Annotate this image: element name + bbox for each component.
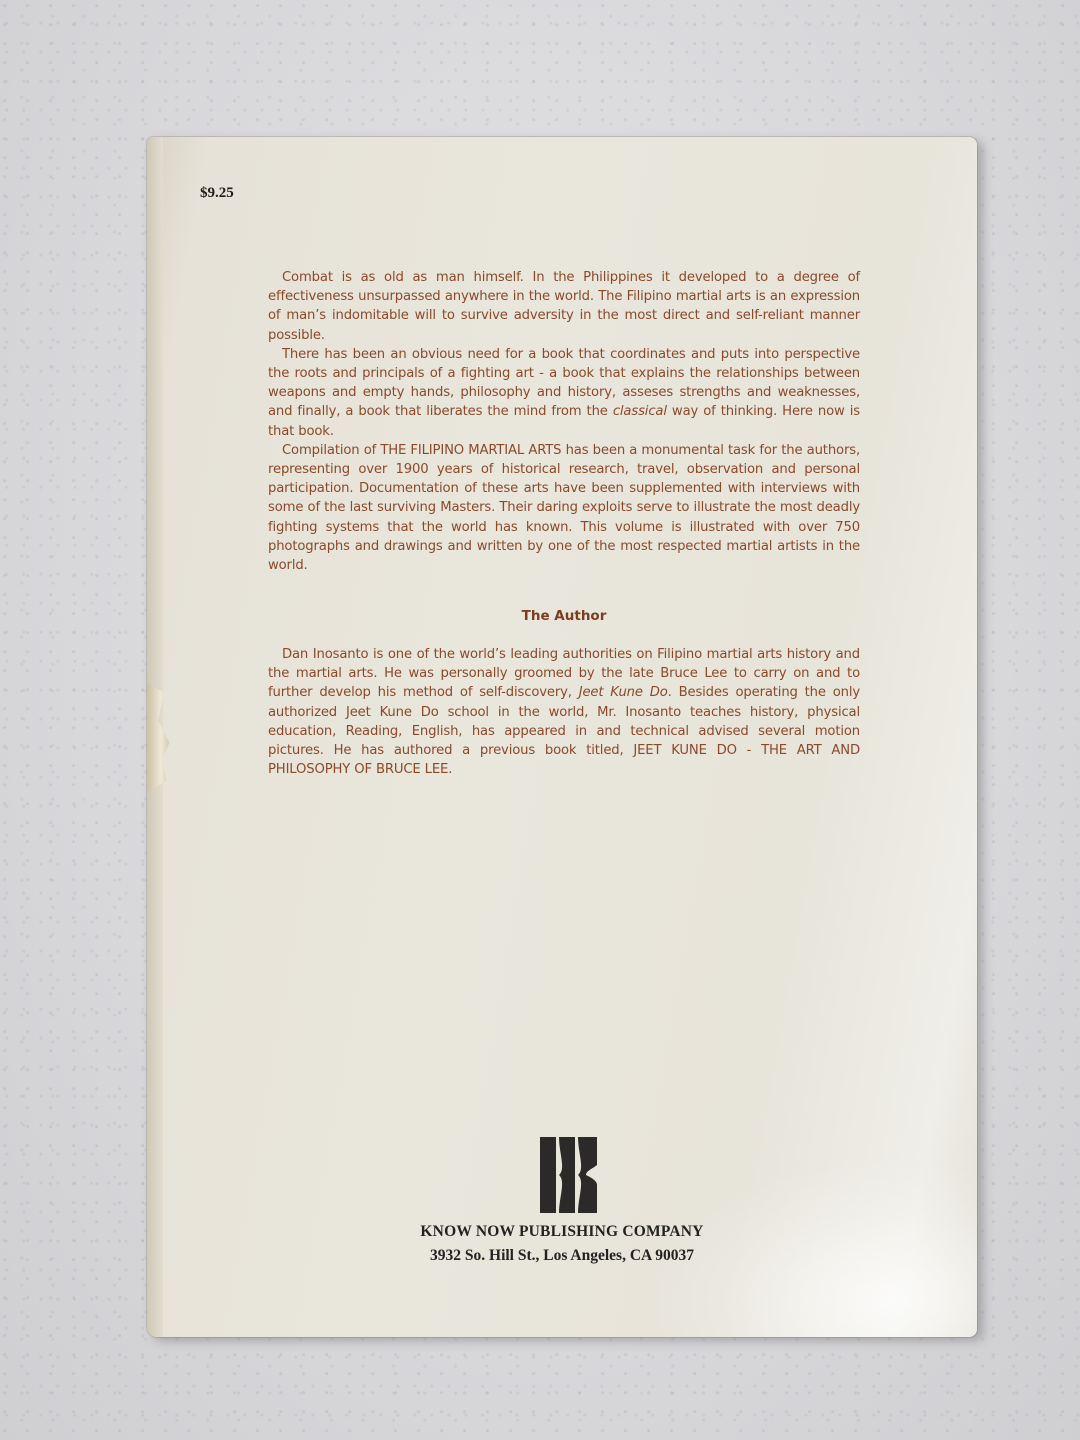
bio-italic-text: Jeet Kune Do — [579, 685, 668, 700]
book-back-cover: $9.25 Combat is as old as man himself. I… — [147, 137, 977, 1337]
blurb-paragraph: Combat is as old as man himself. In the … — [268, 268, 860, 345]
book-blurb: Combat is as old as man himself. In the … — [268, 268, 860, 575]
publisher-address: 3932 So. Hill St., Los Angeles, CA 90037 — [347, 1247, 777, 1265]
blurb-paragraph: Compilation of THE FILIPINO MARTIAL ARTS… — [268, 441, 860, 575]
publisher-logo-icon — [540, 1137, 598, 1213]
author-heading: The Author — [268, 608, 860, 624]
author-bio: Dan Inosanto is one of the world’s leadi… — [268, 645, 860, 779]
publisher-block: KNOW NOW PUBLISHING COMPANY 3932 So. Hil… — [347, 1223, 777, 1265]
price-label: $9.25 — [200, 185, 234, 202]
blurb-paragraph: There has been an obvious need for a boo… — [268, 345, 860, 441]
blurb-italic-text: classical — [613, 404, 667, 419]
author-bio-paragraph: Dan Inosanto is one of the world’s leadi… — [268, 645, 860, 779]
publisher-name: KNOW NOW PUBLISHING COMPANY — [347, 1223, 777, 1241]
torn-spine-edge — [147, 682, 175, 792]
